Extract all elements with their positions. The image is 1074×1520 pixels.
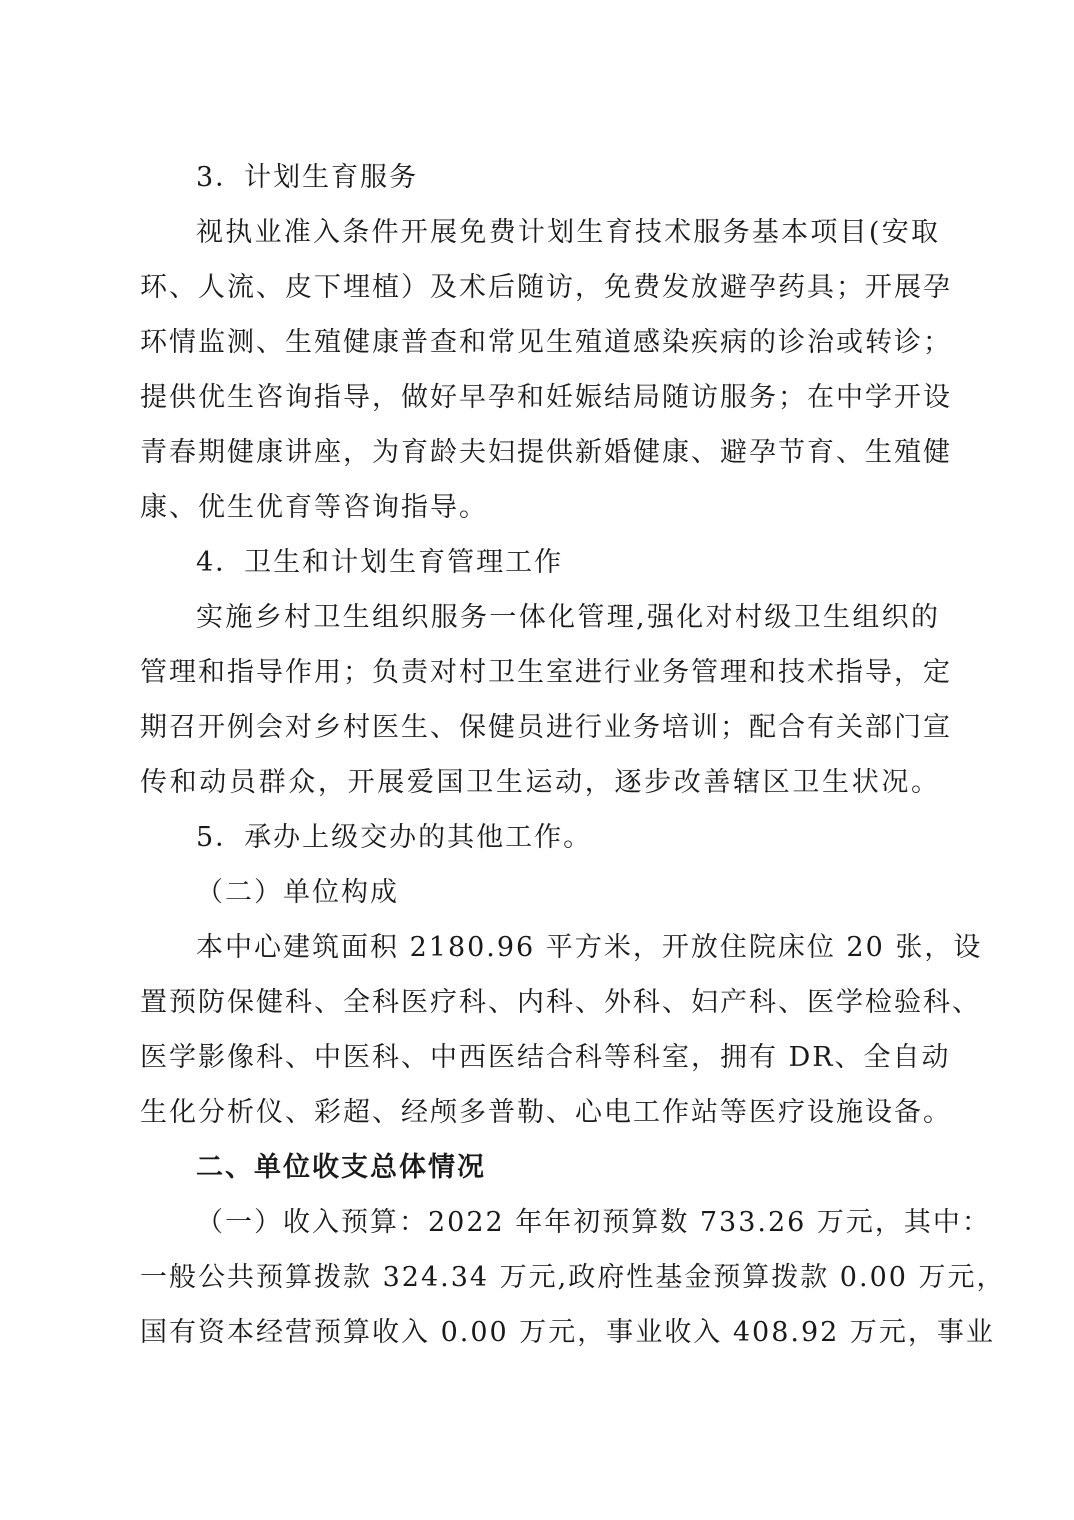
paragraph-line: 提供优生咨询指导，做好早孕和妊娠结局随访服务；在中学开设 bbox=[140, 380, 940, 416]
paragraph-line: （一）收入预算：2022 年年初预算数 733.26 万元，其中： bbox=[196, 1205, 940, 1241]
paragraph-line: 生化分析仪、彩超、经颅多普勒、心电工作站等医疗设施设备。 bbox=[140, 1095, 940, 1131]
paragraph-line: 康、优生优育等咨询指导。 bbox=[140, 490, 940, 526]
paragraph-line: 国有资本经营预算收入 0.00 万元，事业收入 408.92 万元，事业 bbox=[140, 1315, 940, 1351]
paragraph-line: 传和动员群众，开展爱国卫生运动，逐步改善辖区卫生状况。 bbox=[140, 765, 940, 801]
heading-unit-composition: （二）单位构成 bbox=[196, 875, 940, 911]
paragraph-line: 实施乡村卫生组织服务一体化管理,强化对村级卫生组织的 bbox=[196, 600, 940, 636]
paragraph-line: 视执业准入条件开展免费计划生育技术服务基本项目(安取 bbox=[196, 215, 940, 251]
paragraph-line: 青春期健康讲座，为育龄夫妇提供新婚健康、避孕节育、生殖健 bbox=[140, 435, 940, 471]
heading-family-planning-service: 3．计划生育服务 bbox=[196, 160, 940, 196]
paragraph-line: 管理和指导作用；负责对村卫生室进行业务管理和技术指导，定 bbox=[140, 655, 940, 691]
paragraph-line: 环情监测、生殖健康普查和常见生殖道感染疾病的诊治或转诊； bbox=[140, 325, 940, 361]
paragraph-line: 一般公共预算拨款 324.34 万元,政府性基金预算拨款 0.00 万元， bbox=[140, 1260, 940, 1296]
heading-health-management: 4．卫生和计划生育管理工作 bbox=[196, 545, 940, 581]
paragraph-line: 医学影像科、中医科、中西医结合科等科室，拥有 DR、全自动 bbox=[140, 1040, 940, 1076]
paragraph-line: 置预防保健科、全科医疗科、内科、外科、妇产科、医学检验科、 bbox=[140, 985, 940, 1021]
item-other-work: 5．承办上级交办的其他工作。 bbox=[196, 820, 940, 856]
paragraph-line: 本中心建筑面积 2180.96 平方米，开放住院床位 20 张，设 bbox=[196, 930, 940, 966]
document-page: 3．计划生育服务 视执业准入条件开展免费计划生育技术服务基本项目(安取 环、人流… bbox=[0, 0, 1074, 1520]
paragraph-line: 环、人流、皮下埋植）及术后随访，免费发放避孕药具；开展孕 bbox=[140, 270, 940, 306]
section-heading-budget-overview: 二、单位收支总体情况 bbox=[196, 1150, 940, 1186]
paragraph-line: 期召开例会对乡村医生、保健员进行业务培训；配合有关部门宣 bbox=[140, 710, 940, 746]
